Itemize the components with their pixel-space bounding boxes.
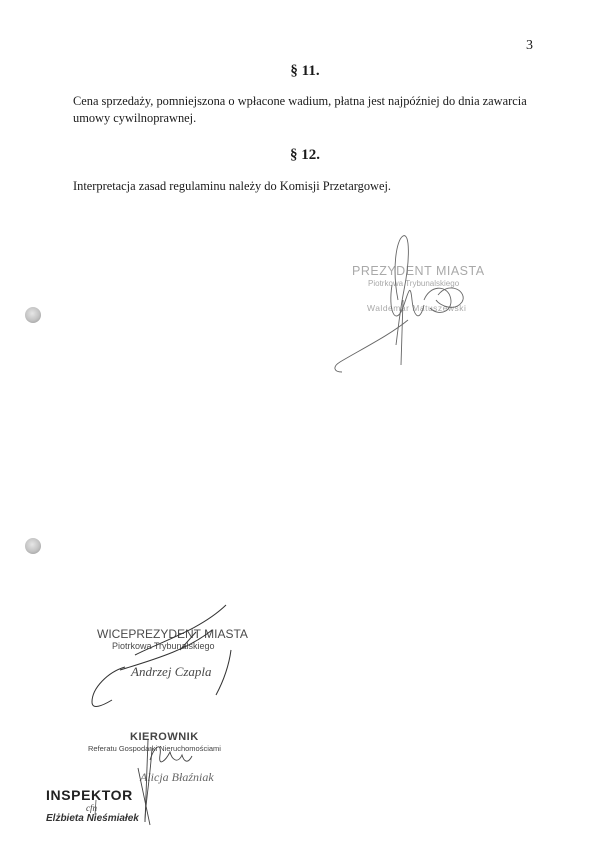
head-stamp: KIEROWNIK Referatu Gospodarki Nieruchomo… [88,731,221,785]
stamp-title: WICEPREZYDENT MIASTA [97,627,248,641]
section-11-heading: § 11. [5,63,600,80]
stamp-name: Elżbieta Nieśmiałek [46,813,139,824]
stamp-subtitle: Referatu Gospodarki Nieruchomościami [88,744,221,753]
inspector-stamp: INSPEKTOR cfn Elżbieta Nieśmiałek [46,787,139,824]
president-stamp: PREZYDENT MIASTA Piotrkowa Trybunalskieg… [352,264,485,313]
stamp-initials: cfn [86,803,139,813]
stamp-name: Waldemar Matuszewski [367,303,485,313]
page-number: 3 [526,38,533,54]
section-12-heading: § 12. [5,147,600,164]
stamp-name: Alicja Błaźniak [140,770,221,785]
stamp-title: KIEROWNIK [130,731,221,743]
punch-hole-icon [25,538,41,554]
stamp-name: Andrzej Czapla [131,664,248,680]
stamp-title: PREZYDENT MIASTA [352,264,485,278]
section-11-text: Cena sprzedaży, pomniejszona o wpłacone … [73,93,543,127]
stamp-subtitle: Piotrkowa Trybunalskiego [112,641,248,651]
stamp-title: INSPEKTOR [46,787,139,803]
vice-president-stamp: WICEPREZYDENT MIASTA Piotrkowa Trybunals… [97,627,248,680]
stamp-subtitle: Piotrkowa Trybunalskiego [368,279,485,288]
handwritten-signatures [0,0,600,850]
section-12-text: Interpretacja zasad regulaminu należy do… [73,178,543,195]
punch-hole-icon [25,307,41,323]
